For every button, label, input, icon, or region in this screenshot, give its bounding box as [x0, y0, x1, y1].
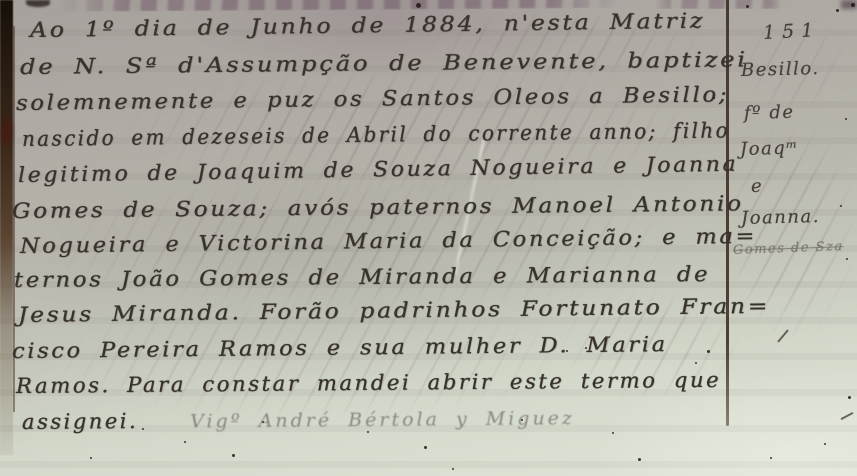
margin-father-name: Joaqᵐ — [740, 137, 799, 160]
entry-closing-line: assignei.Vigº André Bértola y Miguez — [22, 405, 575, 434]
ink-speck — [566, 350, 568, 352]
entry-line: Gomes de Souza; avós paternos Manoel Ant… — [12, 191, 744, 223]
ink-speck — [713, 97, 715, 99]
entry-line: cisco Pereira Ramos e sua mulher D. Mari… — [12, 332, 668, 363]
ink-speck — [367, 431, 369, 433]
ink-speck — [612, 432, 614, 434]
baptismal-register-page: Ao 1º dia de Junho de 1884, n'esta Matri… — [0, 0, 857, 476]
ink-blotch — [1, 118, 12, 146]
record-number: 151 — [762, 19, 820, 44]
pen-stroke — [840, 412, 853, 420]
ink-speck — [90, 457, 92, 459]
ink-speck — [746, 5, 749, 8]
ink-speck — [836, 9, 839, 12]
ink-speck — [232, 454, 235, 457]
ink-speck — [452, 468, 454, 470]
entry-line: ternos João Gomes de Miranda e Marianna … — [14, 262, 710, 292]
ink-speck — [424, 446, 427, 449]
entry-line: assignei. — [22, 409, 138, 434]
pen-stroke — [777, 329, 789, 343]
entry-line: Ramos. Para constar mandei abrir este te… — [16, 368, 721, 398]
ink-speck — [700, 312, 702, 314]
ink-speck — [770, 457, 772, 459]
ink-speck — [845, 118, 847, 120]
ink-speck — [585, 347, 587, 349]
binding-edge — [0, 0, 13, 455]
ink-speck — [262, 421, 264, 423]
previous-entry-fragment — [655, 0, 785, 9]
entry-line: nascido em dezeseis de Abril do corrente… — [22, 118, 730, 151]
ink-speck — [695, 362, 697, 364]
ink-speck — [142, 428, 144, 430]
ink-speck — [840, 205, 842, 207]
entry-line: Jesus Miranda. Forão padrinhos Fortunato… — [18, 294, 770, 327]
entry-line: de N. Sª d'Assumpção de Benevente, bapti… — [20, 47, 748, 79]
top-left-smudge — [26, 0, 50, 7]
entry-line: Ao 1º dia de Junho de 1884, n'esta Matri… — [30, 9, 705, 42]
ink-speck — [416, 3, 421, 8]
margin-child-name: Besillo. — [741, 58, 820, 81]
margin-conjunction: e — [751, 176, 764, 197]
ink-speck — [707, 350, 710, 353]
margin-mother-name: Joanna. — [741, 206, 820, 229]
ink-speck — [184, 441, 186, 443]
ink-speck — [824, 443, 826, 445]
entry-line: solemnemente e puz os Santos Oleos a Bes… — [16, 82, 729, 115]
entry-line: legitimo de Joaquim de Souza Nogueira e … — [18, 152, 739, 187]
ink-speck — [846, 258, 848, 260]
ink-speck — [851, 3, 855, 7]
entry-line: Nogueira e Victorina Maria da Conceição;… — [20, 224, 757, 258]
margin-filiation: fº de — [744, 102, 795, 124]
ink-speck — [521, 419, 523, 421]
ink-speck — [638, 458, 641, 461]
priest-signature: Vigº André Bértola y Miguez — [190, 407, 575, 432]
ink-speck — [848, 396, 851, 399]
margin-mother-surname: Gomes de Sza — [733, 239, 844, 258]
